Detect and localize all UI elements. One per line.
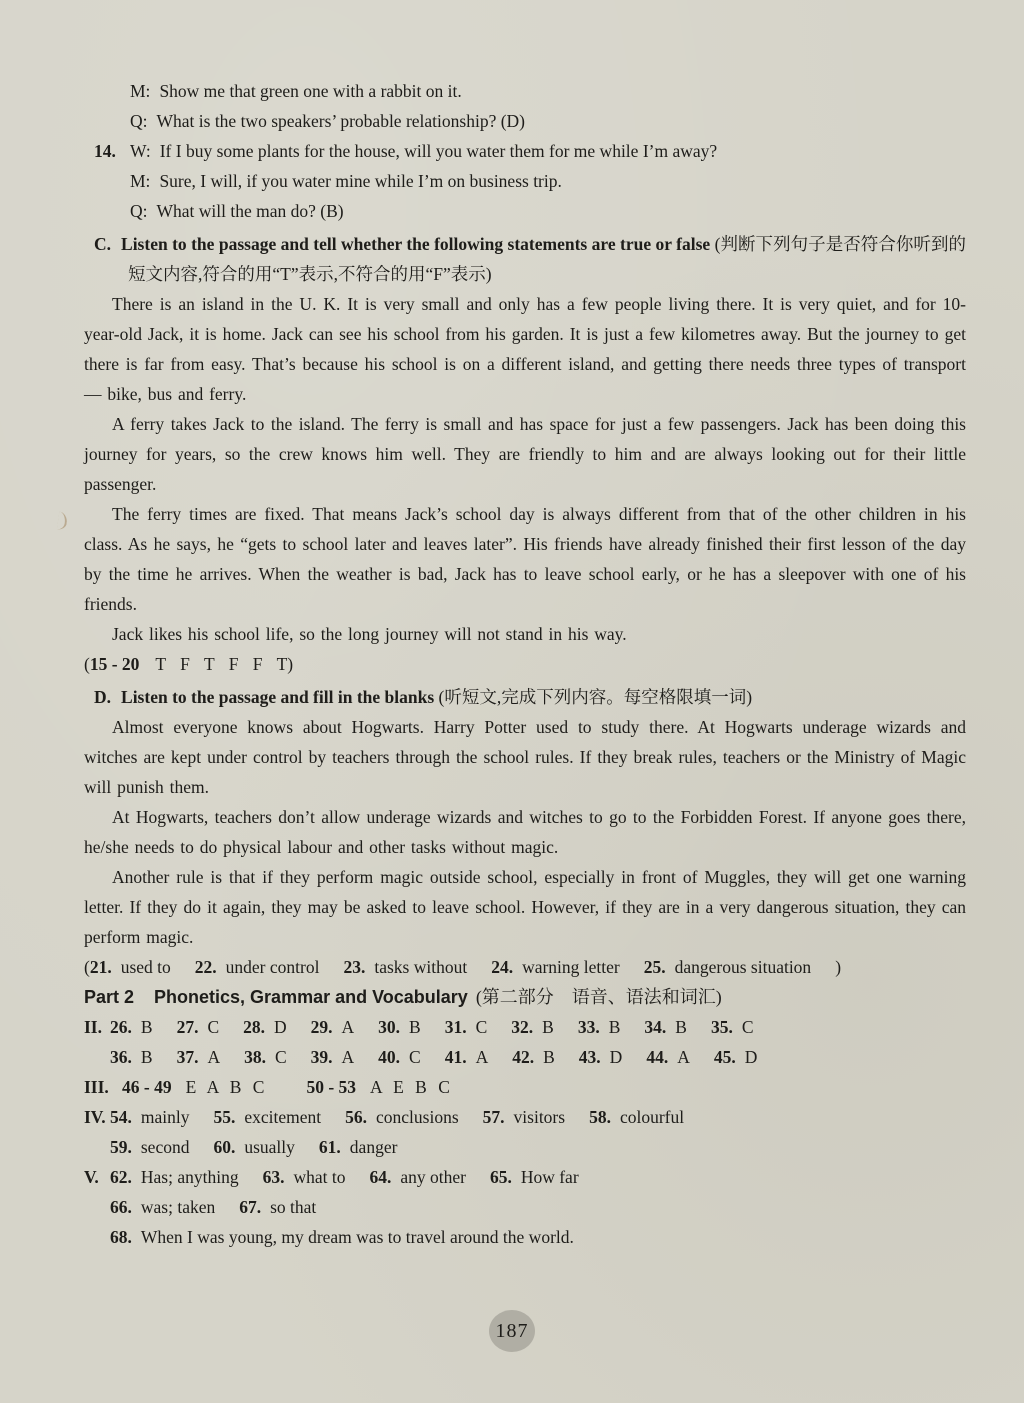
passage-paragraph: There is an island in the U. K. It is ve… xyxy=(84,289,966,409)
answer-pair: 41.A xyxy=(445,1047,489,1067)
part2-title: Phonetics, Grammar and Vocabulary xyxy=(154,987,468,1007)
passage-paragraph: The ferry times are fixed. That means Ja… xyxy=(84,499,966,619)
answer-pair: 26.B xyxy=(110,1017,153,1037)
section-d-title: Listen to the passage and fill in the bl… xyxy=(121,687,434,707)
paren-close: ) xyxy=(287,654,293,674)
section-iv-label: IV. xyxy=(84,1102,110,1132)
workbook-answer-page: M:Show me that green one with a rabbit o… xyxy=(0,0,1024,1403)
paren-open: ( xyxy=(84,957,90,977)
answer-pair: 43.D xyxy=(579,1047,623,1067)
answer-pair: 38.C xyxy=(244,1047,287,1067)
answer-pair: 66.was; taken xyxy=(110,1197,215,1217)
matching-answers: A E B C xyxy=(370,1077,450,1097)
answer-pair: 25.dangerous situation xyxy=(644,957,811,977)
matching-answers: E A B C xyxy=(186,1077,265,1097)
page-footer: 187 xyxy=(0,1310,1024,1352)
answer-pair: 27.C xyxy=(177,1017,220,1037)
answer-pair: 28.D xyxy=(243,1017,287,1037)
passage-paragraph: At Hogwarts, teachers don’t allow undera… xyxy=(84,802,966,862)
section-v-label: V. xyxy=(84,1162,110,1192)
answer-pair: 55.excitement xyxy=(213,1107,321,1127)
answer-pair: 64.any other xyxy=(369,1167,465,1187)
passage-paragraph: Almost everyone knows about Hogwarts. Ha… xyxy=(84,712,966,802)
dialogue-line: Q:What is the two speakers’ probable rel… xyxy=(84,106,966,136)
answer-pair: 61.danger xyxy=(319,1137,398,1157)
answer-pair: 59.second xyxy=(110,1137,189,1157)
answer-pair: 62.Has; anything xyxy=(110,1167,239,1187)
answer-pair: 21.used to xyxy=(90,957,171,977)
answers-15-20: (15 - 20T F T F F T) xyxy=(84,649,966,679)
section-ii-label: II. xyxy=(84,1012,110,1042)
answer-pair: 36.B xyxy=(110,1047,153,1067)
question-number: 14. xyxy=(94,136,116,166)
answer-pair: 33.B xyxy=(578,1017,621,1037)
answers-21-25: (21.used to22.under control23.tasks with… xyxy=(84,952,966,982)
section-iii-row: III.46 - 49E A B C50 - 53A E B C xyxy=(84,1072,966,1102)
true-false-answers: T F T F F T xyxy=(155,654,287,674)
speaker-label: Q: xyxy=(130,201,148,221)
answer-pair: 31.C xyxy=(445,1017,488,1037)
section-v-row3: 68.When I was young, my dream was to tra… xyxy=(84,1222,966,1252)
paren-close: ) xyxy=(835,957,841,977)
section-c-header: C.Listen to the passage and tell whether… xyxy=(84,229,966,289)
answer-pair: 32.B xyxy=(511,1017,554,1037)
answer-pair: 68.When I was young, my dream was to tra… xyxy=(110,1227,574,1247)
section-c-title: Listen to the passage and tell whether t… xyxy=(121,234,710,254)
dialogue-text: If I buy some plants for the house, will… xyxy=(160,141,717,161)
part2-title-chinese: (第二部分 语音、语法和词汇) xyxy=(476,987,722,1007)
speaker-label: Q: xyxy=(130,111,148,131)
part2-label: Part 2 xyxy=(84,987,134,1007)
answer-pair: 54.mainly xyxy=(110,1107,189,1127)
answer-pair: 56.conclusions xyxy=(345,1107,459,1127)
dialogue-text: Sure, I will, if you water mine while I’… xyxy=(159,171,561,191)
passage-paragraph: Another rule is that if they perform mag… xyxy=(84,862,966,952)
answer-pair: 60.usually xyxy=(213,1137,294,1157)
scan-artifact-mark xyxy=(57,511,68,530)
answer-range: 15 - 20 xyxy=(90,654,140,674)
section-d-label: D. xyxy=(94,687,111,707)
answer-pair: 37.A xyxy=(177,1047,221,1067)
passage-paragraph: A ferry takes Jack to the island. The fe… xyxy=(84,409,966,499)
page-number: 187 xyxy=(489,1310,535,1352)
section-d-title-chinese: (听短文,完成下列内容。每空格限填一词) xyxy=(439,687,753,707)
dialogue-text: Show me that green one with a rabbit on … xyxy=(159,81,461,101)
answer-pair: 35.C xyxy=(711,1017,754,1037)
dialogue-line: Q:What will the man do? (B) xyxy=(84,196,966,226)
answer-key-content: M:Show me that green one with a rabbit o… xyxy=(84,76,966,1252)
dialogue-text: What is the two speakers’ probable relat… xyxy=(157,111,526,131)
dialogue-text: What will the man do? (B) xyxy=(157,201,344,221)
answer-pair: 34.B xyxy=(644,1017,687,1037)
speaker-label: W: xyxy=(130,141,151,161)
answer-pair: 30.B xyxy=(378,1017,421,1037)
dialogue-line: 14.W:If I buy some plants for the house,… xyxy=(84,136,966,166)
answer-pair: 44.A xyxy=(646,1047,690,1067)
section-iii-label: III. xyxy=(84,1072,110,1102)
part2-heading: Part 2Phonetics, Grammar and Vocabulary(… xyxy=(84,982,966,1012)
section-d-header: D.Listen to the passage and fill in the … xyxy=(84,682,966,712)
answer-pair: 23.tasks without xyxy=(343,957,467,977)
dialogue-line: M:Sure, I will, if you water mine while … xyxy=(84,166,966,196)
section-c-label: C. xyxy=(94,234,111,254)
answer-pair: 40.C xyxy=(378,1047,421,1067)
answer-pair: 45.D xyxy=(714,1047,758,1067)
speaker-label: M: xyxy=(130,81,150,101)
answer-pair: 22.under control xyxy=(195,957,320,977)
passage-paragraph: Jack likes his school life, so the long … xyxy=(84,619,966,649)
answer-pair: 67.so that xyxy=(239,1197,316,1217)
answer-pair: 57.visitors xyxy=(483,1107,565,1127)
question-range: 50 - 53 xyxy=(306,1077,356,1097)
answer-pair: 63.what to xyxy=(263,1167,346,1187)
answer-pair: 24.warning letter xyxy=(491,957,620,977)
section-ii-row1: II.26.B27.C28.D29.A30.B31.C32.B33.B34.B3… xyxy=(84,1012,966,1042)
section-iv-row1: IV.54.mainly55.excitement56.conclusions5… xyxy=(84,1102,966,1132)
answer-pair: 65.How far xyxy=(490,1167,579,1187)
speaker-label: M: xyxy=(130,171,150,191)
answer-pair: 39.A xyxy=(311,1047,355,1067)
question-range: 46 - 49 xyxy=(122,1077,172,1097)
answer-pair: 42.B xyxy=(512,1047,555,1067)
answer-pair: 29.A xyxy=(311,1017,355,1037)
dialogue-line: M:Show me that green one with a rabbit o… xyxy=(84,76,966,106)
section-iv-row2: 59.second60.usually61.danger xyxy=(84,1132,966,1162)
section-v-row1: V.62.Has; anything63.what to64.any other… xyxy=(84,1162,966,1192)
section-v-row2: 66.was; taken67.so that xyxy=(84,1192,966,1222)
answer-pair: 58.colourful xyxy=(589,1107,684,1127)
section-ii-row2: 36.B37.A38.C39.A40.C41.A42.B43.D44.A45.D xyxy=(84,1042,966,1072)
